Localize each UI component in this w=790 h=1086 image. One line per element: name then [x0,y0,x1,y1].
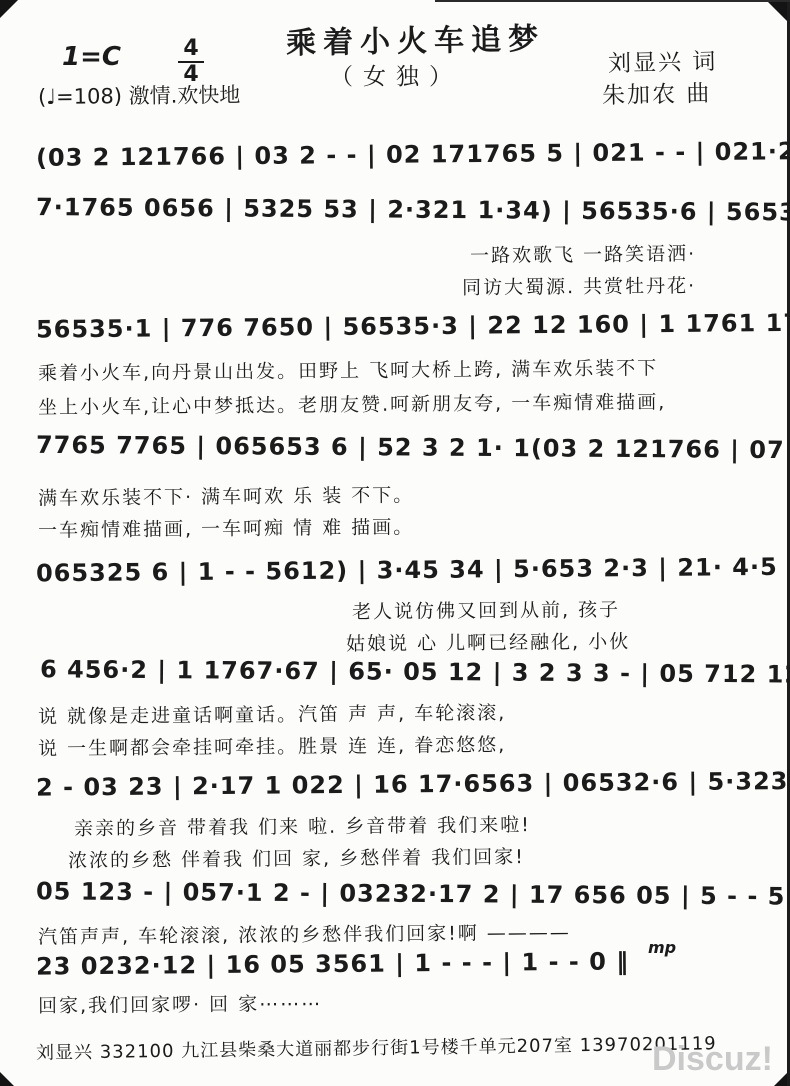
lyric-line-3a: 乘着小火车,向丹景山出发。田野上 飞呵大桥上跨, 满车欢乐装不下 [38,353,658,385]
lyric-line-5b: 姑娘说 心 儿啊已经融化, 小伙 [346,627,630,656]
tempo-marking: (♩=108) 激情.欢快地 [38,79,241,111]
notation-line-7: 2 - 03 23 | 2·17 1 022 | 16 17·6563 | 06… [36,766,790,801]
lyric-line-6a: 说 就像是走进童话啊童话。汽笛 声 声, 车轮滚滚, [38,698,506,729]
scan-corner-bottom-left [0,1072,14,1086]
lyricist-credit: 刘显兴 词 [608,43,718,78]
dynamic-marking: mp [648,938,676,957]
notation-line-6: 6 456·2 | 1 1767·67 | 65· 05 12 | 3 2 3 … [40,655,790,688]
lyric-line-9a: 回家,我们回家啰· 回 家⋯⋯⋯ [38,989,322,1018]
song-subtitle: （女独） [330,58,462,91]
notation-line-8: 05 123 - | 057·1 2 - | 03232·17 2 | 17 6… [36,877,790,910]
lyric-line-5a: 老人说仿佛又回到从前, 孩子 [352,595,620,624]
lyric-line-2b: 同访大蜀源. 共赏牡丹花· [462,271,696,300]
notation-line-4: 7765 7765 | 065653 6 | 52 3 2 1· 1(03 2 … [36,431,790,465]
lyric-line-3b: 坐上小火车,让心中梦抵达。老朋友赞.呵新朋友夸, 一车痴情难描画, [38,387,666,419]
lyric-line-6b: 说 一生啊都会牵挂呵牵挂。胜景 连 连, 眷恋悠悠, [38,730,506,761]
scan-edge-top [435,0,790,2]
discuz-watermark: Discuz! [652,1040,773,1079]
notation-line-3: 56535·1 | 776 7650 | 56535·3 | 22 12 160… [36,309,790,344]
lyric-line-7b: 浓浓的乡愁 伴着我 们回 家, 乡愁伴着 我们回家! [68,842,525,873]
lyric-line-8a: 汽笛声声, 车轮滚滚, 浓浓的乡愁伴我们回家!啊 ———— [38,918,571,950]
lyric-line-4b: 一车痴情难描画, 一车呵痴 情 难 描画。 [38,512,414,542]
scan-corner-top-left [0,0,18,18]
score-sheet-page: 乘着小火车追梦 （女独） 1=C 4 4 (♩=108) 激情.欢快地 刘显兴 … [0,0,790,1086]
notation-line-2: 7·1765 0656 | 5325 53 | 2·321 1·34) | 56… [36,193,790,227]
notation-line-9: 23 0232·12 | 16 05 3561 | 1 - - - | 1 - … [36,947,629,980]
lyric-line-7a: 亲亲的乡音 带着我 们来 啦. 乡音带着 我们来啦! [74,810,531,841]
lyric-line-2a: 一路欢歌飞 一路笑语洒· [470,239,696,268]
song-title: 乘着小火车追梦 [286,14,546,63]
notation-line-1: (03 2 121766 | 03 2 - - | 02 171765 5 | … [36,136,790,172]
notation-line-5: 065325 6 | 1 - - 5612) | 3·45 34 | 5·653… [36,553,790,588]
lyric-line-4a: 满车欢乐装不下· 满车呵欢 乐 装 不下。 [38,480,414,510]
contact-info: 刘显兴 332100 九江县柴桑大道丽都步行街1号楼千单元207室 139702… [36,1029,717,1065]
composer-credit: 朱加农 曲 [602,75,712,110]
key-signature: 1=C [62,42,121,72]
time-signature-numerator: 4 [178,38,204,60]
